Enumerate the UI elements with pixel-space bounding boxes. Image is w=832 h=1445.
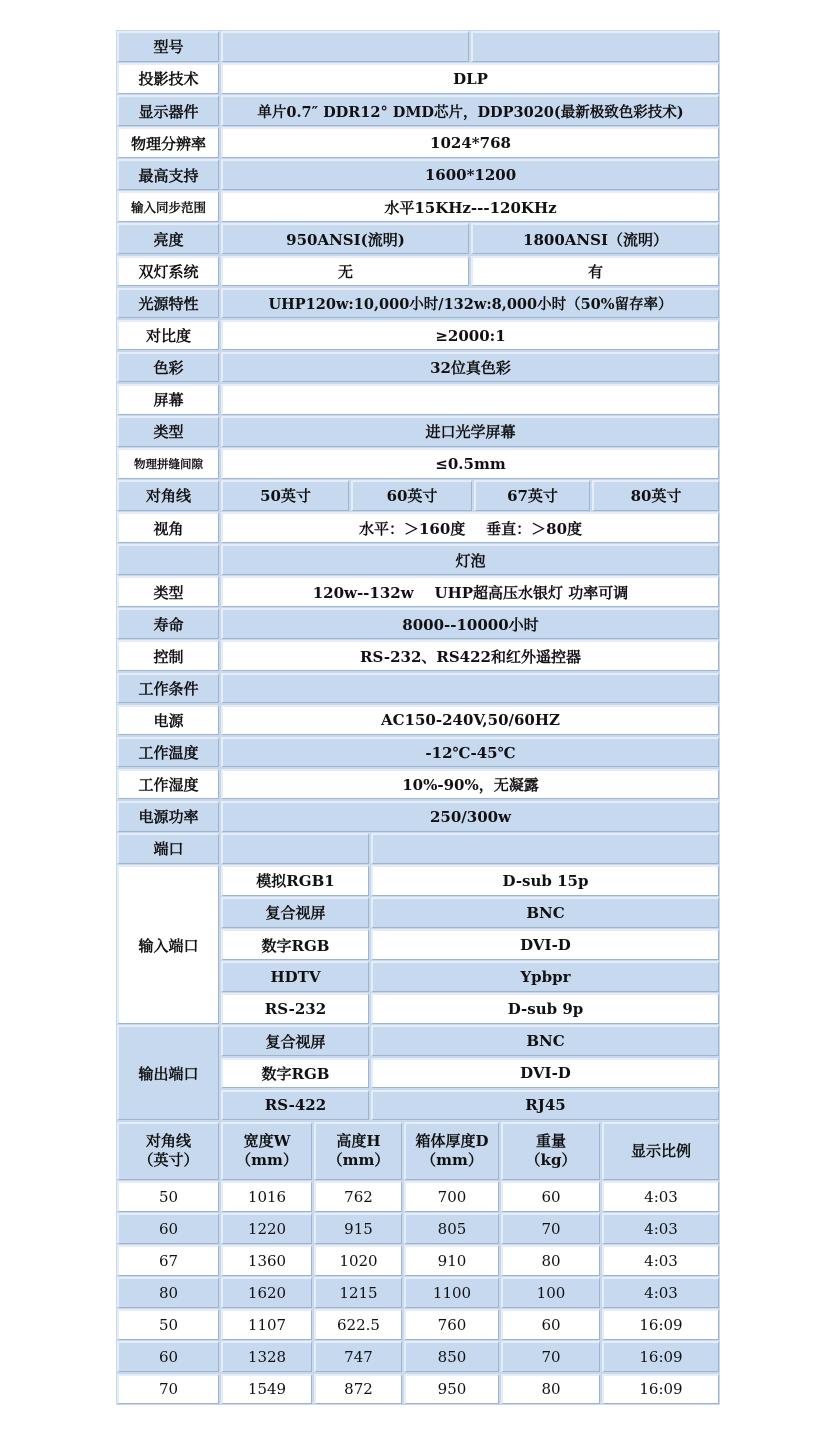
header-weight: 重量（kg） (501, 1122, 600, 1180)
row-color: 色彩 32位真色彩 (117, 352, 719, 383)
header-aspect-ratio: 显示比例 (602, 1122, 719, 1180)
output-port-name: 数字RGB (221, 1058, 369, 1089)
value-seam-gap: ≤0.5mm (221, 448, 719, 479)
label-power-supply: 电源 (117, 705, 219, 736)
label-life: 寿命 (117, 608, 219, 639)
label-diagonal: 对角线 (117, 480, 219, 511)
row-power-consumption: 电源功率 250/300w (117, 801, 719, 832)
value-working-conditions (221, 673, 719, 704)
input-port-name: 模拟RGB1 (221, 865, 369, 896)
label-working-temp: 工作温度 (117, 737, 219, 768)
label-dual-lamp: 双灯系统 (117, 256, 219, 287)
label-input-sync: 输入同步范围 (117, 191, 219, 222)
output-port-row: 数字RGB DVI-D (221, 1058, 719, 1089)
value-diagonal-1: 50英寸 (221, 480, 349, 511)
row-max-support: 最高支持 1600*1200 (117, 159, 719, 190)
cell-weight: 80 (501, 1245, 600, 1276)
label-display-device: 显示器件 (117, 95, 219, 126)
input-port-name: HDTV (221, 961, 369, 992)
cell-height: 762 (314, 1181, 402, 1212)
value-power-consumption: 250/300w (221, 801, 719, 832)
label-native-resolution: 物理分辨率 (117, 127, 219, 158)
value-diagonal-2: 60英寸 (351, 480, 472, 511)
input-port-row: 复合视屏 BNC (221, 897, 719, 928)
input-port-name: 数字RGB (221, 929, 369, 960)
cell-height: 1020 (314, 1245, 402, 1276)
header-diagonal: 对角线（英寸） (117, 1122, 219, 1180)
row-diagonal: 对角线 50英寸 60英寸 67英寸 80英寸 (117, 480, 719, 511)
cell-aspect-ratio: 4:03 (602, 1245, 719, 1276)
label-working-conditions: 工作条件 (117, 673, 219, 704)
label-screen-type: 类型 (117, 416, 219, 447)
value-color: 32位真色彩 (221, 352, 719, 383)
value-screen (221, 384, 719, 415)
value-working-humidity: 10%-90%，无凝露 (221, 769, 719, 800)
label-working-humidity: 工作湿度 (117, 769, 219, 800)
cell-width: 1620 (221, 1277, 312, 1308)
input-port-value: D-sub 15p (371, 865, 719, 896)
value-brightness-1: 950ANSI(流明) (221, 223, 469, 254)
value-life: 8000--10000小时 (221, 608, 719, 639)
cell-depth: 1100 (404, 1277, 499, 1308)
value-contrast: ≥2000:1 (221, 320, 719, 351)
row-screen: 屏幕 (117, 384, 719, 415)
cell-aspect-ratio: 16:09 (602, 1341, 719, 1372)
cell-weight: 80 (501, 1374, 600, 1405)
value-working-temp: -12℃-45℃ (221, 737, 719, 768)
row-control: 控制 RS-232、RS422和红外遥控器 (117, 640, 719, 671)
cell-height: 747 (314, 1341, 402, 1372)
row-ports: 端口 (117, 833, 719, 864)
cell-depth: 950 (404, 1374, 499, 1405)
cell-depth: 805 (404, 1213, 499, 1244)
value-diagonal-3: 67英寸 (474, 480, 590, 511)
row-native-resolution: 物理分辨率 1024*768 (117, 127, 719, 158)
cell-weight: 70 (501, 1341, 600, 1372)
input-port-value: BNC (371, 897, 719, 928)
cell-weight: 100 (501, 1277, 600, 1308)
row-bulb-section: 灯泡 (117, 544, 719, 575)
output-port-value: BNC (371, 1025, 719, 1056)
row-life: 寿命 8000--10000小时 (117, 608, 719, 639)
input-port-name: RS-232 (221, 993, 369, 1024)
cell-diagonal: 60 (117, 1213, 219, 1244)
label-output-ports: 输出端口 (117, 1025, 219, 1120)
row-dual-lamp: 双灯系统 无 有 (117, 256, 719, 287)
cell-weight: 60 (501, 1309, 600, 1340)
value-projection-tech: DLP (221, 63, 719, 94)
cell-width: 1360 (221, 1245, 312, 1276)
cell-width: 1220 (221, 1213, 312, 1244)
value-dual-lamp-1: 无 (221, 256, 469, 287)
value-light-source: UHP120w:10,000小时/132w:8,000小时（50%留存率） (221, 288, 719, 319)
cell-weight: 60 (501, 1181, 600, 1212)
cell-depth: 910 (404, 1245, 499, 1276)
value-model-2 (471, 31, 719, 62)
cell-diagonal: 80 (117, 1277, 219, 1308)
spec-table: 型号 投影技术 DLP 显示器件 单片0.7″ DDR12° DMD芯片，DDP… (116, 30, 720, 1405)
input-port-row: 数字RGB DVI-D (221, 929, 719, 960)
header-height: 高度H（mm） (314, 1122, 402, 1180)
cell-diagonal: 50 (117, 1181, 219, 1212)
cell-diagonal: 60 (117, 1341, 219, 1372)
value-input-sync: 水平15KHz---120KHz (221, 191, 719, 222)
dimensions-header-row: 对角线（英寸） 宽度W（mm） 高度H（mm） 箱体厚度D（mm） 重量（kg）… (117, 1122, 719, 1180)
dimensions-row: 80 1620 1215 1100 100 4:03 (117, 1277, 719, 1308)
cell-height: 1215 (314, 1277, 402, 1308)
value-native-resolution: 1024*768 (221, 127, 719, 158)
cell-width: 1107 (221, 1309, 312, 1340)
row-contrast: 对比度 ≥2000:1 (117, 320, 719, 351)
output-port-row: RS-422 RJ45 (221, 1090, 719, 1121)
header-depth: 箱体厚度D（mm） (404, 1122, 499, 1180)
cell-aspect-ratio: 4:03 (602, 1277, 719, 1308)
row-input-sync: 输入同步范围 水平15KHz---120KHz (117, 191, 719, 222)
dimensions-row: 60 1220 915 805 70 4:03 (117, 1213, 719, 1244)
row-brightness: 亮度 950ANSI(流明) 1800ANSI（流明） (117, 223, 719, 254)
cell-width: 1016 (221, 1181, 312, 1212)
dimensions-row: 50 1107 622.5 760 60 16:09 (117, 1309, 719, 1340)
dimensions-row: 70 1549 872 950 80 16:09 (117, 1374, 719, 1405)
output-ports-section: 输出端口 复合视屏 BNC 数字RGB DVI-D RS-422 RJ45 (117, 1025, 719, 1120)
value-bulb-type: 120w--132w UHP超高压水银灯 功率可调 (221, 576, 719, 607)
value-dual-lamp-2: 有 (471, 256, 719, 287)
output-port-row: 复合视屏 BNC (221, 1025, 719, 1056)
label-light-source: 光源特性 (117, 288, 219, 319)
output-port-value: RJ45 (371, 1090, 719, 1121)
output-port-name: 复合视屏 (221, 1025, 369, 1056)
cell-aspect-ratio: 4:03 (602, 1213, 719, 1244)
cell-height: 872 (314, 1374, 402, 1405)
label-input-ports: 输入端口 (117, 865, 219, 1024)
value-display-device: 单片0.7″ DDR12° DMD芯片，DDP3020(最新极致色彩技术) (221, 95, 719, 126)
value-power-supply: AC150-240V,50/60HZ (221, 705, 719, 736)
output-port-name: RS-422 (221, 1090, 369, 1121)
cell-height: 622.5 (314, 1309, 402, 1340)
label-color: 色彩 (117, 352, 219, 383)
label-screen: 屏幕 (117, 384, 219, 415)
cell-aspect-ratio: 4:03 (602, 1181, 719, 1212)
label-max-support: 最高支持 (117, 159, 219, 190)
input-port-value: Ypbpr (371, 961, 719, 992)
cell-diagonal: 70 (117, 1374, 219, 1405)
label-projection-tech: 投影技术 (117, 63, 219, 94)
row-power-supply: 电源 AC150-240V,50/60HZ (117, 705, 719, 736)
cell-weight: 70 (501, 1213, 600, 1244)
cell-diagonal: 50 (117, 1309, 219, 1340)
input-port-row: RS-232 D-sub 9p (221, 993, 719, 1024)
cell-aspect-ratio: 16:09 (602, 1309, 719, 1340)
row-viewing-angle: 视角 水平：＞160度 垂直：＞80度 (117, 512, 719, 543)
label-contrast: 对比度 (117, 320, 219, 351)
dimensions-row: 60 1328 747 850 70 16:09 (117, 1341, 719, 1372)
value-control: RS-232、RS422和红外遥控器 (221, 640, 719, 671)
dimensions-row: 67 1360 1020 910 80 4:03 (117, 1245, 719, 1276)
label-bulb-type: 类型 (117, 576, 219, 607)
cell-depth: 760 (404, 1309, 499, 1340)
row-working-temp: 工作温度 -12℃-45℃ (117, 737, 719, 768)
cell-height: 915 (314, 1213, 402, 1244)
row-working-conditions: 工作条件 (117, 673, 719, 704)
value-bulb-section: 灯泡 (221, 544, 719, 575)
value-viewing-angle: 水平：＞160度 垂直：＞80度 (221, 512, 719, 543)
header-width: 宽度W（mm） (221, 1122, 312, 1180)
value-screen-type: 进口光学屏幕 (221, 416, 719, 447)
input-port-value: D-sub 9p (371, 993, 719, 1024)
value-ports-1 (221, 833, 369, 864)
row-bulb-type: 类型 120w--132w UHP超高压水银灯 功率可调 (117, 576, 719, 607)
cell-depth: 700 (404, 1181, 499, 1212)
input-ports-section: 输入端口 模拟RGB1 D-sub 15p 复合视屏 BNC 数字RGB DVI… (117, 865, 719, 1024)
input-port-row: HDTV Ypbpr (221, 961, 719, 992)
label-control: 控制 (117, 640, 219, 671)
value-max-support: 1600*1200 (221, 159, 719, 190)
row-seam-gap: 物理拼缝间隙 ≤0.5mm (117, 448, 719, 479)
label-bulb-section (117, 544, 219, 575)
label-brightness: 亮度 (117, 223, 219, 254)
row-working-humidity: 工作湿度 10%-90%，无凝露 (117, 769, 719, 800)
cell-depth: 850 (404, 1341, 499, 1372)
row-screen-type: 类型 进口光学屏幕 (117, 416, 719, 447)
row-display-device: 显示器件 单片0.7″ DDR12° DMD芯片，DDP3020(最新极致色彩技… (117, 95, 719, 126)
output-port-value: DVI-D (371, 1058, 719, 1089)
input-port-name: 复合视屏 (221, 897, 369, 928)
label-ports: 端口 (117, 833, 219, 864)
input-port-row: 模拟RGB1 D-sub 15p (221, 865, 719, 896)
dimensions-row: 50 1016 762 700 60 4:03 (117, 1181, 719, 1212)
value-diagonal-4: 80英寸 (592, 480, 719, 511)
cell-width: 1549 (221, 1374, 312, 1405)
input-port-value: DVI-D (371, 929, 719, 960)
label-power-consumption: 电源功率 (117, 801, 219, 832)
label-model: 型号 (117, 31, 219, 62)
value-model-1 (221, 31, 469, 62)
value-ports-2 (371, 833, 719, 864)
cell-width: 1328 (221, 1341, 312, 1372)
label-seam-gap: 物理拼缝间隙 (117, 448, 219, 479)
cell-diagonal: 67 (117, 1245, 219, 1276)
row-light-source: 光源特性 UHP120w:10,000小时/132w:8,000小时（50%留存… (117, 288, 719, 319)
value-brightness-2: 1800ANSI（流明） (471, 223, 719, 254)
cell-aspect-ratio: 16:09 (602, 1374, 719, 1405)
row-model: 型号 (117, 31, 719, 62)
label-viewing-angle: 视角 (117, 512, 219, 543)
row-projection-tech: 投影技术 DLP (117, 63, 719, 94)
